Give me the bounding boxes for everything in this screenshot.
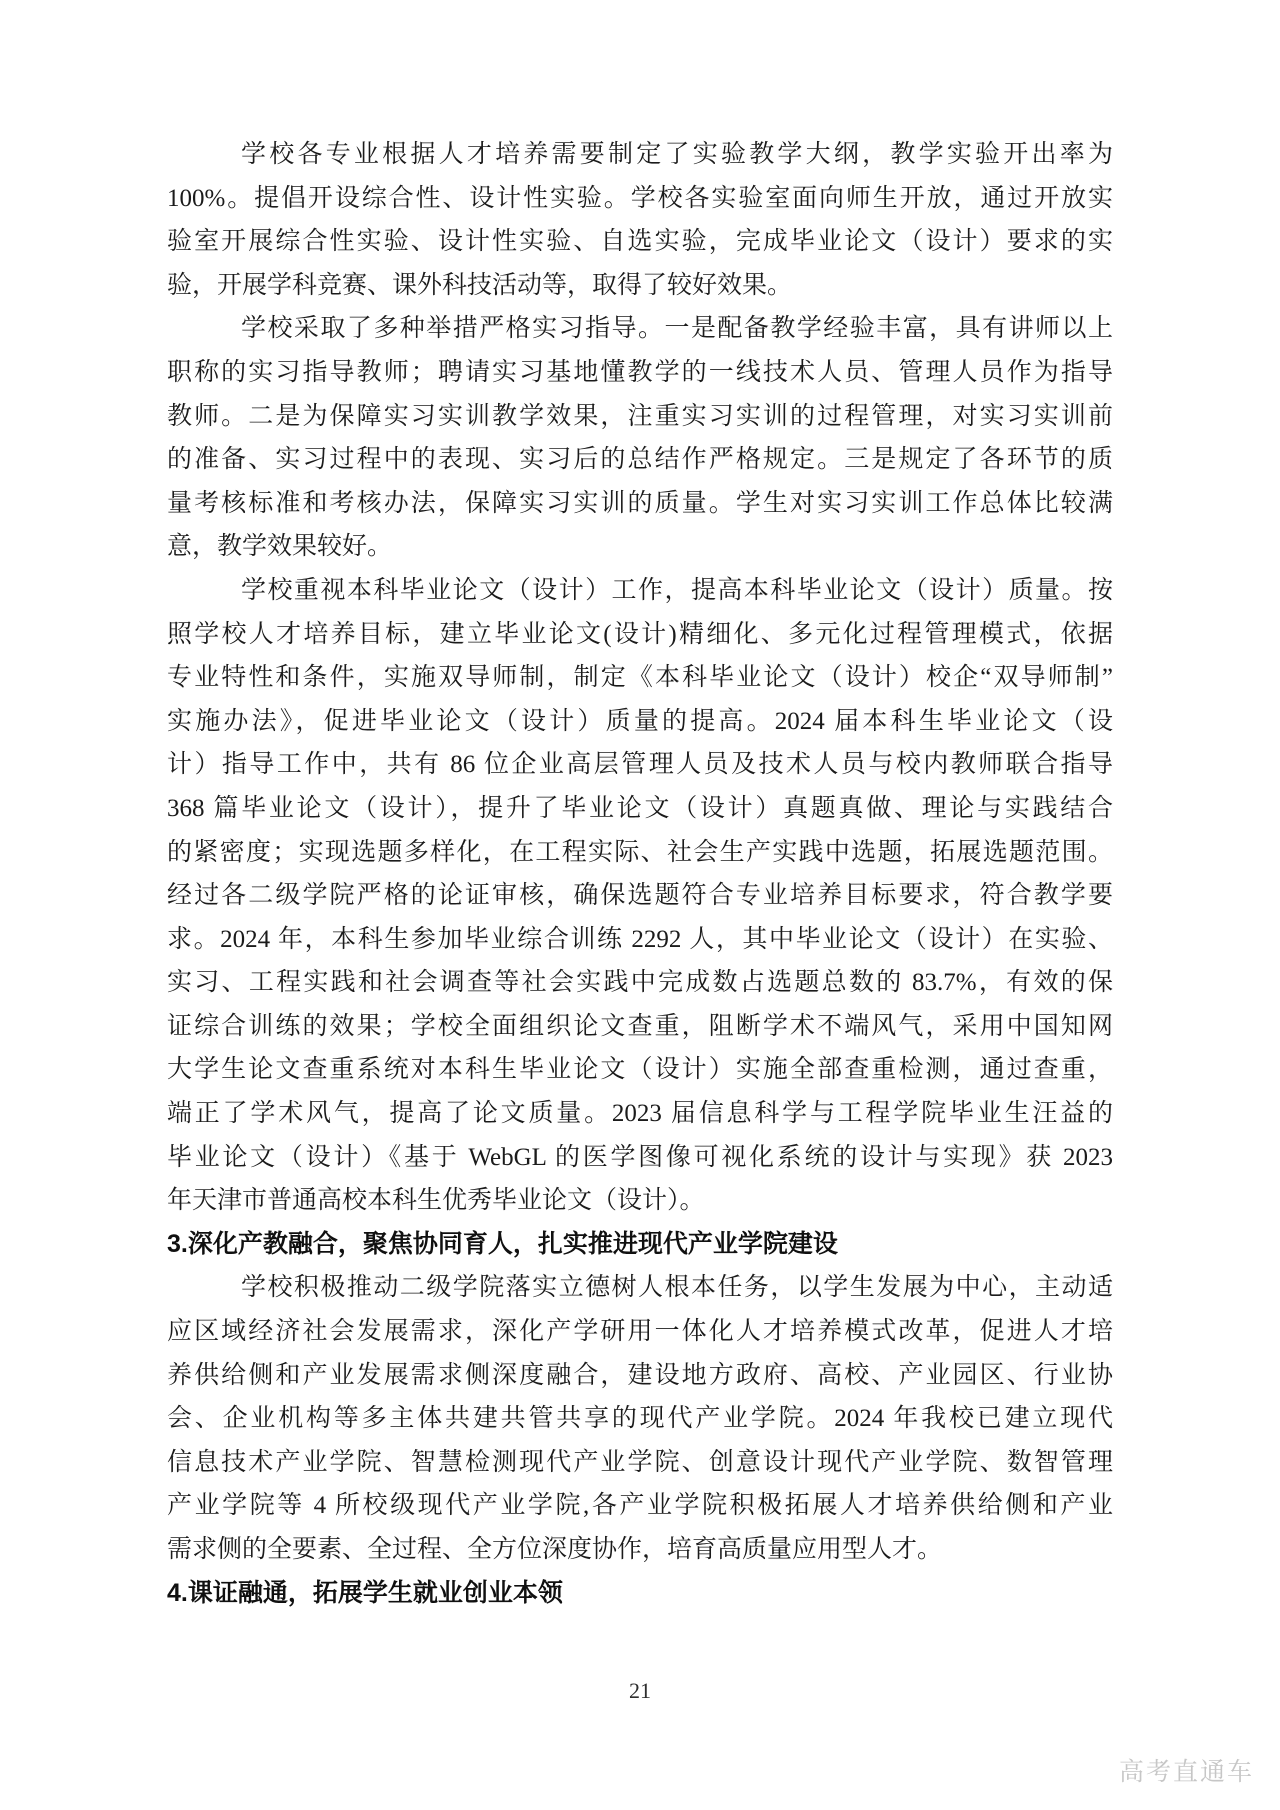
paragraph-line: 应区域经济社会发展需求，深化产学研用一体化人才培养模式改革，促进人才培 [167,1310,1113,1354]
paragraph-line: 验室开展综合性实验、设计性实验、自选实验，完成毕业论文（设计）要求的实 [167,220,1113,264]
paragraph-line: 产业学院等 4 所校级现代产业学院,各产业学院积极拓展人才培养供给侧和产业 [167,1484,1113,1528]
document-body: 学校各专业根据人才培养需要制定了实验教学大纲，教学实验开出率为100%。提倡开设… [167,133,1113,1615]
paragraph-line: 照学校人才培养目标，建立毕业论文(设计)精细化、多元化过程管理模式，依据 [167,613,1113,657]
watermark: 高考直通车 [1119,1752,1254,1788]
paragraph-line: 毕业论文（设计）《基于 WebGL 的医学图像可视化系统的设计与实现》获 202… [167,1136,1113,1180]
paragraph-line: 的准备、实习过程中的表现、实习后的总结作严格规定。三是规定了各环节的质 [167,438,1113,482]
paragraph-line: 学校重视本科毕业论文（设计）工作，提高本科毕业论文（设计）质量。按 [167,569,1113,613]
paragraph-line: 验，开展学科竞赛、课外科技活动等，取得了较好效果。 [167,264,1113,308]
section-heading: 4.课证融通，拓展学生就业创业本领 [167,1572,1113,1616]
section-heading: 3.深化产教融合，聚焦协同育人，扎实推进现代产业学院建设 [167,1223,1113,1267]
page-number: 21 [0,1678,1280,1704]
paragraph-line: 职称的实习指导教师；聘请实习基地懂教学的一线技术人员、管理人员作为指导 [167,351,1113,395]
paragraph-line: 专业特性和条件，实施双导师制，制定《本科毕业论文（设计）校企“双导师制” [167,656,1113,700]
paragraph-line: 年天津市普通高校本科生优秀毕业论文（设计）。 [167,1179,1113,1223]
paragraph-line: 计）指导工作中，共有 86 位企业高层管理人员及技术人员与校内教师联合指导 [167,743,1113,787]
paragraph-line: 需求侧的全要素、全过程、全方位深度协作，培育高质量应用型人才。 [167,1528,1113,1572]
document-page: 学校各专业根据人才培养需要制定了实验教学大纲，教学实验开出率为100%。提倡开设… [0,0,1280,1810]
paragraph-line: 100%。提倡开设综合性、设计性实验。学校各实验室面向师生开放，通过开放实 [167,177,1113,221]
paragraph-line: 意，教学效果较好。 [167,525,1113,569]
paragraph-line: 量考核标准和考核办法，保障实习实训的质量。学生对实习实训工作总体比较满 [167,482,1113,526]
paragraph-line: 教师。二是为保障实习实训教学效果，注重实习实训的过程管理，对实习实训前 [167,395,1113,439]
paragraph-line: 368 篇毕业论文（设计），提升了毕业论文（设计）真题真做、理论与实践结合 [167,787,1113,831]
paragraph-line: 实施办法》，促进毕业论文（设计）质量的提高。2024 届本科生毕业论文（设 [167,700,1113,744]
paragraph-line: 的紧密度；实现选题多样化，在工程实际、社会生产实践中选题，拓展选题范围。 [167,831,1113,875]
paragraph-line: 学校各专业根据人才培养需要制定了实验教学大纲，教学实验开出率为 [167,133,1113,177]
paragraph-line: 会、企业机构等多主体共建共管共享的现代产业学院。2024 年我校已建立现代 [167,1397,1113,1441]
paragraph-line: 学校积极推动二级学院落实立德树人根本任务，以学生发展为中心，主动适 [167,1266,1113,1310]
paragraph-line: 经过各二级学院严格的论证审核，确保选题符合专业培养目标要求，符合教学要 [167,874,1113,918]
paragraph-line: 实习、工程实践和社会调查等社会实践中完成数占选题总数的 83.7%，有效的保 [167,961,1113,1005]
paragraph-line: 学校采取了多种举措严格实习指导。一是配备教学经验丰富，具有讲师以上 [167,307,1113,351]
paragraph-line: 大学生论文查重系统对本科生毕业论文（设计）实施全部查重检测，通过查重， [167,1048,1113,1092]
paragraph-line: 信息技术产业学院、智慧检测现代产业学院、创意设计现代产业学院、数智管理 [167,1441,1113,1485]
paragraph-line: 养供给侧和产业发展需求侧深度融合，建设地方政府、高校、产业园区、行业协 [167,1354,1113,1398]
paragraph-line: 证综合训练的效果；学校全面组织论文查重，阻断学术不端风气，采用中国知网 [167,1005,1113,1049]
paragraph-line: 端正了学术风气，提高了论文质量。2023 届信息科学与工程学院毕业生汪益的 [167,1092,1113,1136]
paragraph-line: 求。2024 年，本科生参加毕业综合训练 2292 人，其中毕业论文（设计）在实… [167,918,1113,962]
